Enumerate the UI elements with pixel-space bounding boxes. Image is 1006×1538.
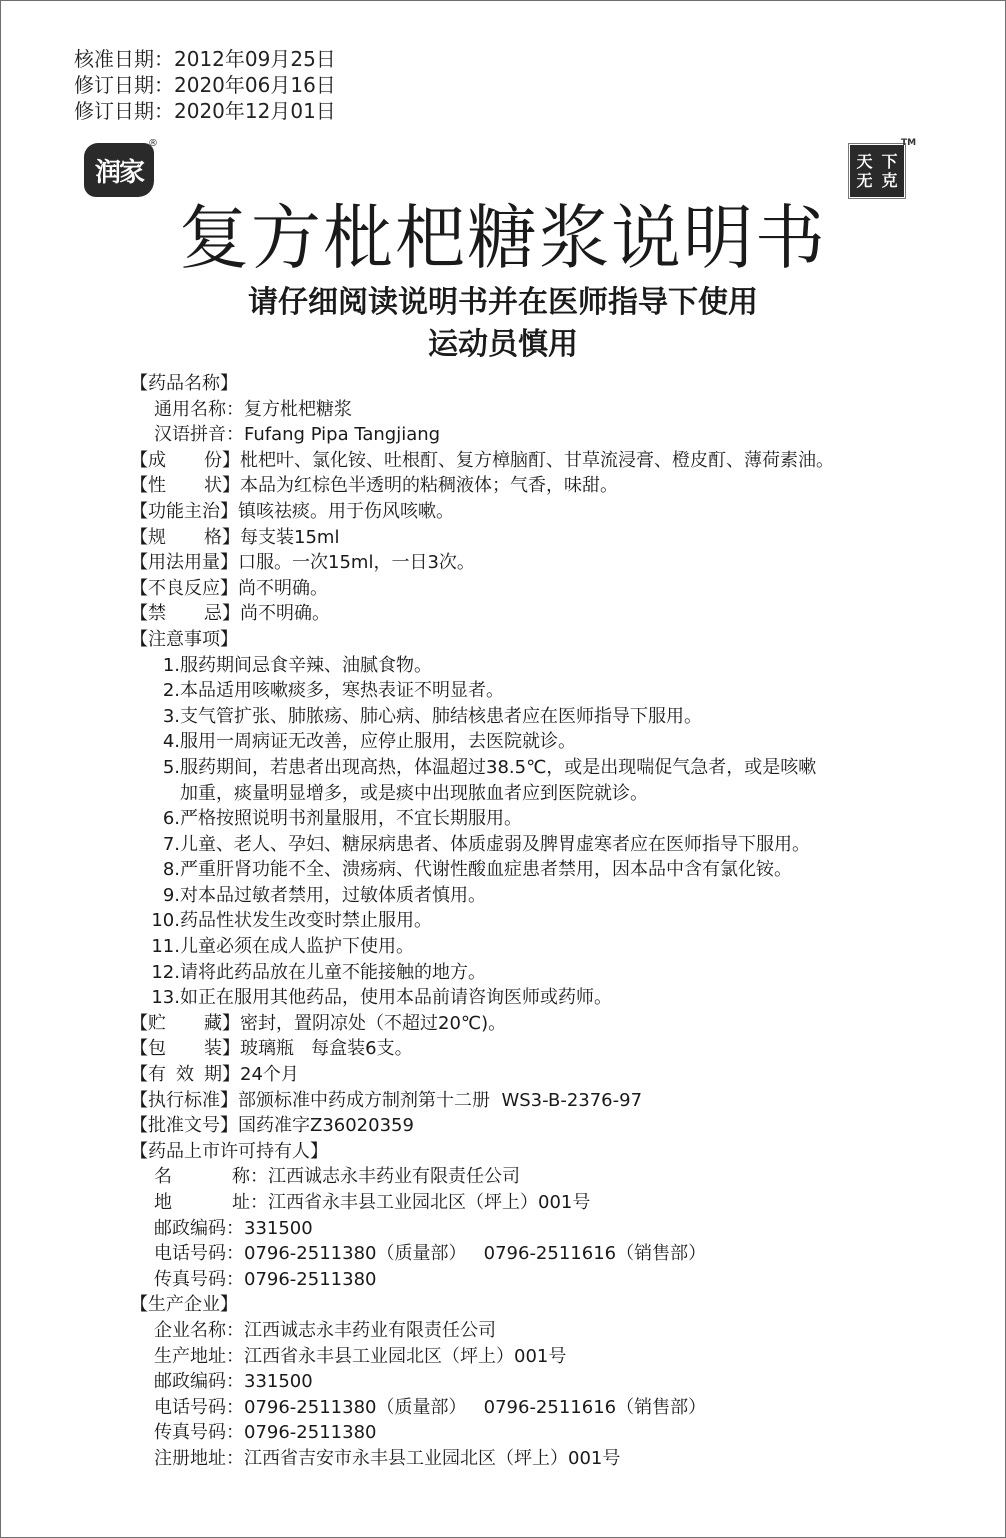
colon: ：	[226, 422, 244, 448]
section-standard: 【执行标准】部颁标准中药成方制剂第十二册 WS3-B-2376-97	[130, 1088, 950, 1114]
label-char: 址	[232, 1190, 250, 1216]
field-label: 生产地址	[154, 1344, 226, 1370]
bracket: 】	[222, 1036, 240, 1062]
item-text: 服药期间忌食辛辣、油腻食物。	[180, 653, 432, 679]
section-value: 部颁标准中药成方制剂第十二册 WS3-B-2376-97	[238, 1088, 642, 1114]
label-char: 规	[148, 525, 166, 551]
bracket: 】	[222, 601, 240, 627]
field-value: 0796-2511380	[244, 1420, 376, 1446]
section-label: 有效期	[148, 1062, 222, 1088]
trademark-mark: TM	[901, 138, 916, 148]
date-value: 2012年09月25日	[174, 47, 336, 71]
colon: ：	[226, 1420, 244, 1446]
item-text: 如正在服用其他药品，使用本品前请咨询医师或药师。	[180, 985, 612, 1011]
bracket: 【	[130, 627, 148, 653]
section-label: 药品名称	[148, 371, 220, 397]
section-validity: 【有效期】24个月	[130, 1062, 950, 1088]
field-value: 江西省永丰县工业园北区（坪上）001号	[244, 1344, 566, 1370]
item-text: 服药期间，若患者出现高热，体温超过38.5℃，或是出现喘促气急者，或是咳嗽	[180, 755, 816, 781]
field-value: 0796-2511380（质量部） 0796-2511616（销售部）	[244, 1241, 706, 1267]
bracket: 【	[130, 1036, 148, 1062]
section-value: 尚不明确。	[240, 601, 330, 627]
item-text: 支气管扩张、肺脓疡、肺心病、肺结核患者应在医师指导下服用。	[180, 704, 702, 730]
section-value: 本品为红棕色半透明的粘稠液体；气香，味甜。	[240, 473, 618, 499]
bracket: 【	[130, 1088, 148, 1114]
bracket: 【	[130, 371, 148, 397]
date-value: 2020年06月16日	[174, 73, 336, 97]
precaution-item: 10.药品性状发生改变时禁止服用。	[130, 908, 950, 934]
precaution-item: 4.服用一周病证无改善，应停止服用，去医院就诊。	[130, 729, 950, 755]
field-label: 名称	[154, 1164, 250, 1190]
item-number: 1.	[130, 653, 180, 679]
section-value: 国药准字Z36020359	[238, 1113, 414, 1139]
bracket: 【	[130, 1139, 148, 1165]
colon: ：	[226, 1318, 244, 1344]
colon: ：	[226, 1241, 244, 1267]
brand-logo-left: 润家	[84, 143, 154, 197]
section-specification: 【规格】每支装15ml	[130, 525, 950, 551]
label-char: 份	[204, 448, 222, 474]
item-number: 5.	[130, 755, 180, 781]
bracket: 】	[220, 576, 238, 602]
manufacturer-name-row: 企业名称：江西诚志永丰药业有限责任公司	[130, 1318, 950, 1344]
bracket: 【	[130, 1292, 148, 1318]
bracket: 【	[130, 448, 148, 474]
section-label: 包装	[148, 1036, 222, 1062]
label-char: 装	[204, 1036, 222, 1062]
field-label: 汉语拼音	[154, 422, 226, 448]
bracket: 【	[130, 473, 148, 499]
logo-char: 克	[881, 171, 897, 190]
section-storage: 【贮藏】密封，置阴凉处（不超过20℃)。	[130, 1011, 950, 1037]
colon: ：	[154, 47, 174, 71]
field-label: 通用名称	[154, 397, 226, 423]
section-label: 批准文号	[148, 1113, 220, 1139]
field-label: 邮政编码	[154, 1216, 226, 1242]
section-value: 每支装15ml	[240, 525, 339, 551]
date-label: 核准日期	[74, 47, 154, 71]
item-number: 8.	[130, 857, 180, 883]
leaflet-body: 【药品名称】 通用名称：复方枇杷糖浆 汉语拼音：Fufang Pipa Tang…	[130, 371, 950, 1472]
precaution-item: 13.如正在服用其他药品，使用本品前请咨询医师或药师。	[130, 985, 950, 1011]
section-value: 口服。一次15ml，一日3次。	[238, 550, 475, 576]
bracket: 】	[220, 371, 238, 397]
section-approval-number: 【批准文号】国药准字Z36020359	[130, 1113, 950, 1139]
colon: ：	[250, 1190, 268, 1216]
item-text: 药品性状发生改变时禁止服用。	[180, 908, 432, 934]
section-value: 玻璃瓶 每盒装6支。	[240, 1036, 413, 1062]
precaution-item: 11.儿童必须在成人监护下使用。	[130, 934, 950, 960]
section-label: 不良反应	[148, 576, 220, 602]
section-indications: 【功能主治】镇咳祛痰。用于伤风咳嗽。	[130, 499, 950, 525]
pinyin-row: 汉语拼音：Fufang Pipa Tangjiang	[130, 422, 950, 448]
item-number: 7.	[130, 832, 180, 858]
precaution-item: 3.支气管扩张、肺脓疡、肺心病、肺结核患者应在医师指导下服用。	[130, 704, 950, 730]
label-char: 贮	[148, 1011, 166, 1037]
manufacturer-postcode-row: 邮政编码：331500	[130, 1369, 950, 1395]
label-char: 状	[204, 473, 222, 499]
bracket: 【	[130, 576, 148, 602]
colon: ：	[226, 1216, 244, 1242]
field-value: 复方枇杷糖浆	[244, 397, 352, 423]
item-number: 6.	[130, 806, 180, 832]
section-value: 尚不明确。	[238, 576, 328, 602]
field-label: 地址	[154, 1190, 250, 1216]
label-char: 成	[148, 448, 166, 474]
colon: ：	[226, 1369, 244, 1395]
bracket: 】	[220, 550, 238, 576]
section-package: 【包装】玻璃瓶 每盒装6支。	[130, 1036, 950, 1062]
field-value: 331500	[244, 1216, 313, 1242]
bracket: 【	[130, 1062, 148, 1088]
section-ingredients: 【成份】枇杷叶、氯化铵、吐根酊、复方樟脑酊、甘草流浸膏、橙皮酊、薄荷素油。	[130, 448, 950, 474]
colon: ：	[154, 99, 174, 123]
mah-fax-row: 传真号码：0796-2511380	[130, 1267, 950, 1293]
label-char: 格	[204, 525, 222, 551]
label-char: 包	[148, 1036, 166, 1062]
section-value: 24个月	[240, 1062, 299, 1088]
section-heading-mah: 【药品上市许可持有人】	[130, 1139, 950, 1165]
manufacturer-fax-row: 传真号码：0796-2511380	[130, 1420, 950, 1446]
date-label: 修订日期	[74, 99, 154, 123]
precaution-item: 6.严格按照说明书剂量服用，不宜长期服用。	[130, 806, 950, 832]
field-label: 邮政编码	[154, 1369, 226, 1395]
field-label: 企业名称	[154, 1318, 226, 1344]
item-number: 2.	[130, 678, 180, 704]
manufacturer-registered-address-row: 注册地址：江西省吉安市永丰县工业园北区（坪上）001号	[130, 1446, 950, 1472]
label-char: 效	[176, 1062, 194, 1088]
section-value: 密封，置阴凉处（不超过20℃)。	[240, 1011, 506, 1037]
section-heading-precautions: 【注意事项】	[130, 627, 950, 653]
field-label: 传真号码	[154, 1420, 226, 1446]
section-label: 执行标准	[148, 1088, 220, 1114]
label-char: 期	[204, 1062, 222, 1088]
item-number: 13.	[130, 985, 180, 1011]
label-char: 地	[154, 1190, 172, 1216]
field-value: 江西省吉安市永丰县工业园北区（坪上）001号	[244, 1446, 620, 1472]
mah-phone-row: 电话号码：0796-2511380（质量部） 0796-2511616（销售部）	[130, 1241, 950, 1267]
section-label: 药品上市许可持有人	[148, 1139, 310, 1165]
bracket: 】	[222, 1011, 240, 1037]
label-char: 称	[232, 1164, 250, 1190]
section-label: 贮藏	[148, 1011, 222, 1037]
item-text: 儿童必须在成人监护下使用。	[180, 934, 414, 960]
colon: ：	[226, 1344, 244, 1370]
field-value: 0796-2511380（质量部） 0796-2511616（销售部）	[244, 1395, 706, 1421]
registered-mark: ®	[148, 138, 158, 149]
item-text: 服用一周病证无改善，应停止服用，去医院就诊。	[180, 729, 576, 755]
bracket: 】	[220, 499, 238, 525]
item-text: 加重，痰量明显增多，或是痰中出现脓血者应到医院就诊。	[180, 781, 648, 807]
precaution-item: 1.服药期间忌食辛辣、油腻食物。	[130, 653, 950, 679]
bracket: 【	[130, 1011, 148, 1037]
mah-postcode-row: 邮政编码：331500	[130, 1216, 950, 1242]
section-label: 禁忌	[148, 601, 222, 627]
logo-char: 下	[881, 152, 897, 171]
approval-date: 核准日期：2012年09月25日	[74, 46, 336, 72]
field-label: 注册地址	[154, 1446, 226, 1472]
bracket: 【	[130, 550, 148, 576]
section-value: 镇咳祛痰。用于伤风咳嗽。	[238, 499, 454, 525]
bracket: 】	[220, 627, 238, 653]
precaution-item: 8.严重肝肾功能不全、溃疡病、代谢性酸血症患者禁用，因本品中含有氯化铵。	[130, 857, 950, 883]
logo-char: 无	[856, 171, 872, 190]
field-label: 电话号码	[154, 1241, 226, 1267]
brand-logo-right: 天 下 无 克	[850, 145, 904, 197]
revision-date: 修订日期：2020年06月16日	[74, 72, 336, 98]
precaution-item: 5.服药期间，若患者出现高热，体温超过38.5℃，或是出现喘促气急者，或是咳嗽	[130, 755, 950, 781]
field-value: 331500	[244, 1369, 313, 1395]
precaution-item: 12.请将此药品放在儿童不能接触的地方。	[130, 960, 950, 986]
section-label: 成份	[148, 448, 222, 474]
item-text: 请将此药品放在儿童不能接触的地方。	[180, 960, 486, 986]
label-char: 忌	[204, 601, 222, 627]
item-text: 对本品过敏者禁用，过敏体质者慎用。	[180, 883, 486, 909]
section-label: 规格	[148, 525, 222, 551]
section-properties: 【性状】本品为红棕色半透明的粘稠液体；气香，味甜。	[130, 473, 950, 499]
bracket: 】	[222, 448, 240, 474]
mah-address-row: 地址：江西省永丰县工业园北区（坪上）001号	[130, 1190, 950, 1216]
item-number: 11.	[130, 934, 180, 960]
manufacturer-phone-row: 电话号码：0796-2511380（质量部） 0796-2511616（销售部）	[130, 1395, 950, 1421]
label-char: 禁	[148, 601, 166, 627]
brand-logo-text: 润家	[95, 152, 143, 189]
field-value: Fufang Pipa Tangjiang	[244, 422, 440, 448]
item-text: 本品适用咳嗽痰多，寒热表证不明显者。	[180, 678, 504, 704]
field-value: 江西诚志永丰药业有限责任公司	[268, 1164, 520, 1190]
bracket: 】	[220, 1113, 238, 1139]
date-label: 修订日期	[74, 73, 154, 97]
mah-name-row: 名称：江西诚志永丰药业有限责任公司	[130, 1164, 950, 1190]
field-label: 电话号码	[154, 1395, 226, 1421]
bracket: 】	[220, 1088, 238, 1114]
item-number: 9.	[130, 883, 180, 909]
bracket: 【	[130, 601, 148, 627]
label-char: 藏	[204, 1011, 222, 1037]
field-value: 0796-2511380	[244, 1267, 376, 1293]
section-adverse-reactions: 【不良反应】尚不明确。	[130, 576, 950, 602]
item-number: 12.	[130, 960, 180, 986]
revision-date: 修订日期：2020年12月01日	[74, 98, 336, 124]
label-char: 名	[154, 1164, 172, 1190]
label-char: 性	[148, 473, 166, 499]
precaution-item-continued: 加重，痰量明显增多，或是痰中出现脓血者应到医院就诊。	[130, 781, 950, 807]
label-char: 有	[148, 1062, 166, 1088]
generic-name-row: 通用名称：复方枇杷糖浆	[130, 397, 950, 423]
section-label: 生产企业	[148, 1292, 220, 1318]
date-block: 核准日期：2012年09月25日 修订日期：2020年06月16日 修订日期：2…	[74, 46, 336, 124]
item-number: 10.	[130, 908, 180, 934]
item-text: 严重肝肾功能不全、溃疡病、代谢性酸血症患者禁用，因本品中含有氯化铵。	[180, 857, 792, 883]
section-label: 性状	[148, 473, 222, 499]
colon: ：	[226, 1395, 244, 1421]
precaution-item: 7.儿童、老人、孕妇、糖尿病患者、体质虚弱及脾胃虚寒者应在医师指导下服用。	[130, 832, 950, 858]
bracket: 【	[130, 525, 148, 551]
bracket: 】	[310, 1139, 328, 1165]
colon: ：	[226, 1446, 244, 1472]
bracket: 【	[130, 499, 148, 525]
colon: ：	[250, 1164, 268, 1190]
field-value: 江西诚志永丰药业有限责任公司	[244, 1318, 496, 1344]
colon: ：	[226, 397, 244, 423]
item-text: 儿童、老人、孕妇、糖尿病患者、体质虚弱及脾胃虚寒者应在医师指导下服用。	[180, 832, 810, 858]
item-number: 3.	[130, 704, 180, 730]
item-text: 严格按照说明书剂量服用，不宜长期服用。	[180, 806, 522, 832]
page-title: 复方枇杷糖浆说明书	[0, 196, 1006, 280]
section-heading-drug-name: 【药品名称】	[130, 371, 950, 397]
bracket: 】	[222, 1062, 240, 1088]
field-value: 江西省永丰县工业园北区（坪上）001号	[268, 1190, 590, 1216]
precaution-item: 2.本品适用咳嗽痰多，寒热表证不明显者。	[130, 678, 950, 704]
bracket: 【	[130, 1113, 148, 1139]
subtitle-athlete-warning: 运动员慎用	[0, 326, 1006, 364]
precaution-item: 9.对本品过敏者禁用，过敏体质者慎用。	[130, 883, 950, 909]
section-label: 注意事项	[148, 627, 220, 653]
bracket: 】	[220, 1292, 238, 1318]
colon: ：	[154, 73, 174, 97]
bracket: 】	[222, 473, 240, 499]
section-value: 枇杷叶、氯化铵、吐根酊、复方樟脑酊、甘草流浸膏、橙皮酊、薄荷素油。	[240, 448, 834, 474]
section-label: 功能主治	[148, 499, 220, 525]
section-dosage: 【用法用量】口服。一次15ml，一日3次。	[130, 550, 950, 576]
item-number: 4.	[130, 729, 180, 755]
section-heading-manufacturer: 【生产企业】	[130, 1292, 950, 1318]
date-value: 2020年12月01日	[174, 99, 336, 123]
subtitle-instruction: 请仔细阅读说明书并在医师指导下使用	[0, 284, 1006, 322]
manufacturer-address-row: 生产地址：江西省永丰县工业园北区（坪上）001号	[130, 1344, 950, 1370]
logo-char: 天	[856, 152, 872, 171]
colon: ：	[226, 1267, 244, 1293]
section-contraindications: 【禁忌】尚不明确。	[130, 601, 950, 627]
section-label: 用法用量	[148, 550, 220, 576]
bracket: 】	[222, 525, 240, 551]
field-label: 传真号码	[154, 1267, 226, 1293]
